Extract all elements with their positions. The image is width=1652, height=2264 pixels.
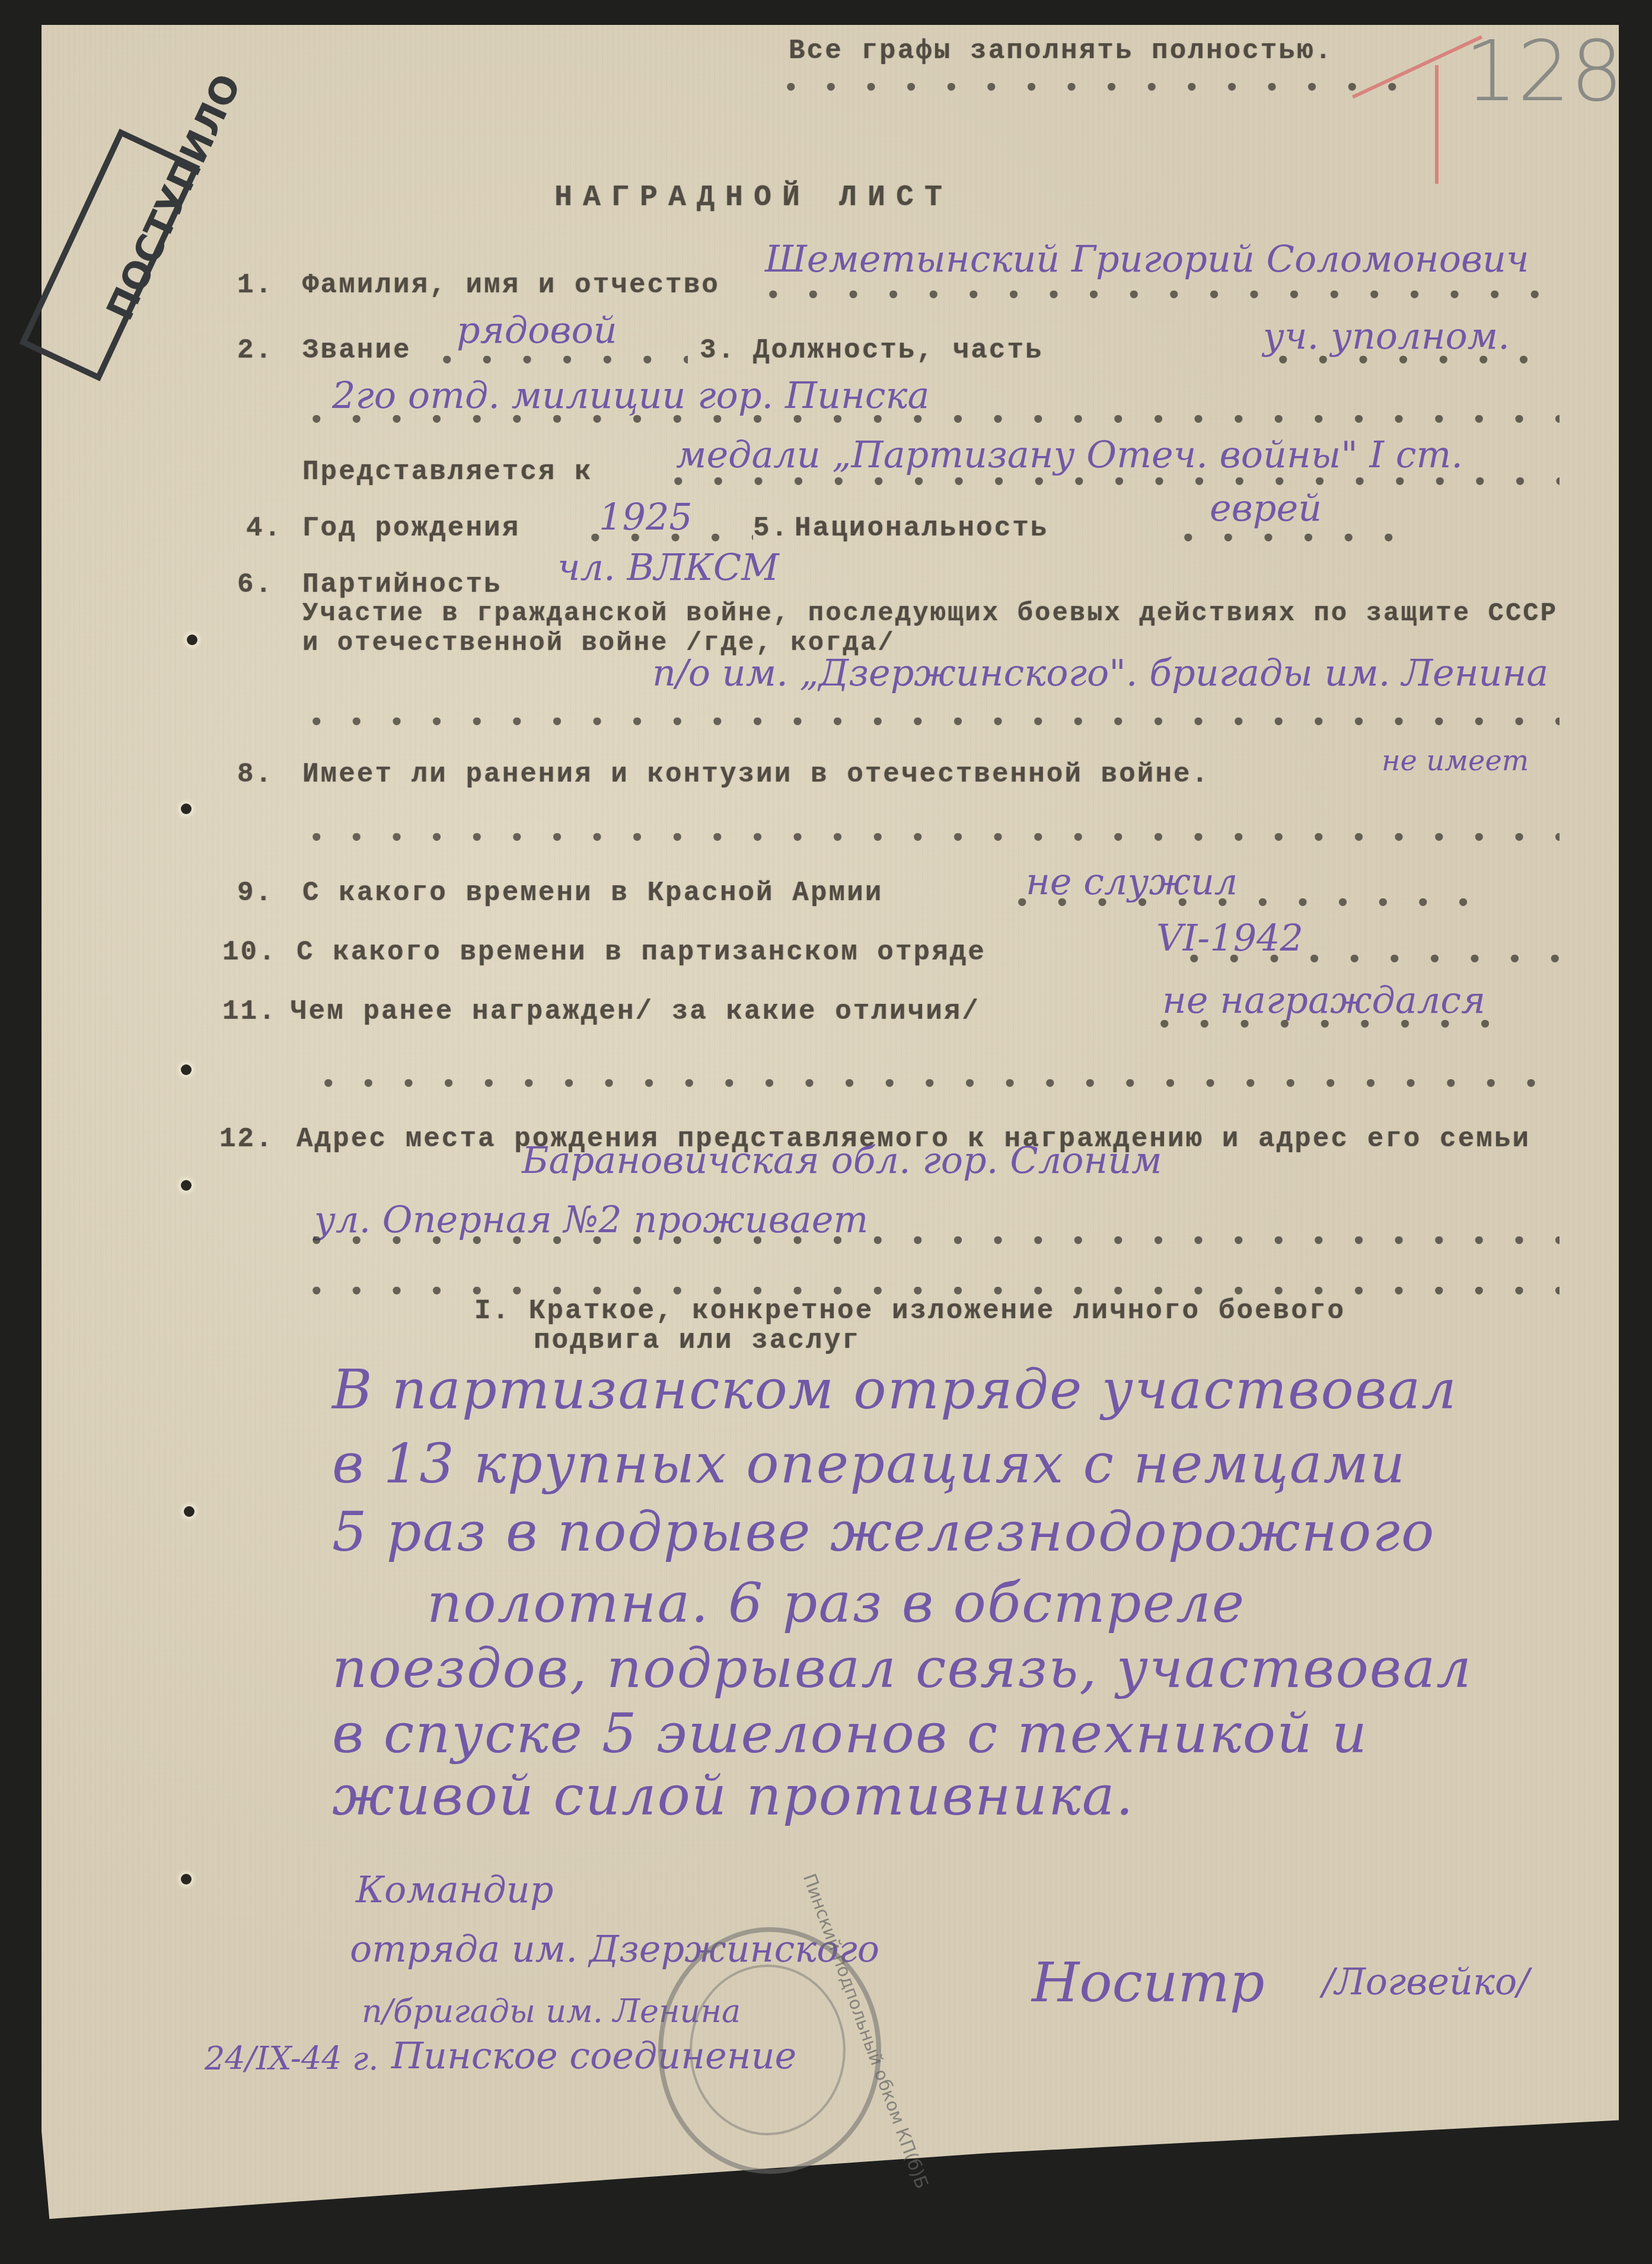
field-9-value: не служил — [1026, 860, 1238, 903]
punch-hole — [181, 1180, 192, 1191]
archive-page-number: 128 — [1465, 24, 1623, 120]
narrative-line-6: в спуске 5 эшелонов с техникой и — [332, 1702, 1368, 1765]
field-8-num: 8. — [237, 759, 273, 790]
field-11-num: 11. — [222, 996, 277, 1027]
punch-hole — [181, 1874, 192, 1884]
field-4-dots: •••••••• — [587, 534, 753, 546]
field-2-label: Звание — [302, 335, 412, 366]
commander-signature: Носитр — [1032, 1951, 1265, 2014]
punch-hole — [187, 634, 197, 645]
field-7-value: п/о им. „Дзержинского". бригады им. Лени… — [652, 640, 1589, 706]
field-11-value: не награждался — [1162, 978, 1485, 1022]
field-5-label: Национальность — [795, 513, 1048, 544]
narrative-line-7: живой силой противника. — [332, 1764, 1134, 1828]
field-6-label: Партийность — [302, 569, 502, 600]
field-8-label: Имеет ли ранения и контузии в отечествен… — [302, 759, 1210, 790]
field-6-num: 6. — [237, 569, 273, 600]
award-label: Представляется к — [302, 457, 593, 487]
field-10-num: 10. — [222, 937, 277, 968]
field-3-dots: •••••••• — [1275, 356, 1559, 368]
field-4-num: 4. — [246, 513, 282, 544]
field-4-value: 1925 — [599, 495, 693, 538]
narrative-line-3: 5 раз в подрыве железнодорожного — [332, 1500, 1435, 1564]
header-note: Все графы заполнять полностью. — [789, 36, 1333, 66]
award-value: медали „Партизану Отеч. войны" I ст. — [676, 433, 1463, 476]
field-2-value: рядовой — [457, 308, 617, 352]
section-heading-line1: I. Краткое, конкретное изложение личного… — [474, 1296, 1345, 1326]
field-6-value: чл. ВЛКСМ — [557, 546, 779, 589]
field-1-num: 1. — [237, 270, 273, 301]
header-dots: •••••••••••••••••• — [783, 83, 1423, 95]
punch-hole — [184, 1506, 194, 1517]
section-heading-line2: подвига или заслуг — [534, 1325, 860, 1356]
field-3-cont-dots: ••••••••••••••••••••••••••••••••• — [308, 415, 1559, 427]
field-11-label: Чем ранее награжден/ за какие отличия/ — [291, 996, 980, 1027]
field-1-value: Шеметынский Григорий Соломонович — [765, 237, 1529, 280]
red-pencil-mark — [1435, 65, 1439, 184]
award-dots: •••••••••••••••••••••••• — [670, 477, 1559, 489]
field-3-label: Должность, часть — [753, 335, 1044, 366]
narrative-line-4: полотна. 6 раз в обстреле — [427, 1571, 1245, 1635]
field-8-value: не имеет — [1382, 744, 1529, 777]
seal-inner-ring — [690, 1965, 846, 2135]
field-12-value-cont: ул. Оперная №2 проживает — [314, 1198, 868, 1241]
narrative-line-2: в 13 крупных операциях с немцами — [332, 1432, 1406, 1495]
field-5-num: 5. — [753, 513, 789, 544]
field-5-dots: •••••••••• — [1180, 534, 1417, 546]
field-2-dots: ••••••••• — [439, 356, 688, 368]
document-title: НАГРАДНОЙ ЛИСТ — [554, 181, 953, 215]
field-1-label: Фамилия, имя и отчество — [302, 270, 720, 301]
field-2-num: 2. — [237, 335, 273, 366]
field-11-cont-dots: •••••••••••••••••••••••••••••••• — [320, 1079, 1565, 1091]
field-3-num: 3. — [700, 335, 736, 366]
field-10-value: VI-1942 — [1156, 916, 1303, 959]
signature-date: 24/IX-44 г. — [205, 2040, 378, 2077]
field-12-num: 12. — [219, 1124, 274, 1155]
field-12-dots: ••••••••••••••••••••••••••••••••• — [308, 1236, 1559, 1248]
field-3-value-cont: 2го отд. милиции гор. Пинска — [332, 374, 930, 417]
punch-hole — [181, 1064, 192, 1075]
signature-line-1: Командир — [356, 1868, 553, 1911]
field-1-dots: •••••••••••••••••••• — [765, 291, 1559, 302]
field-10-dots: •••••••••• — [1186, 955, 1565, 967]
field-3-value: уч. уполном. — [1263, 314, 1510, 358]
narrative-line-5: поездов, подрывал связь, участвовал — [332, 1637, 1472, 1700]
partisan-seal: Пинский подпольный обком КП(б)Б — [658, 1927, 881, 2174]
narrative-line-1: В партизанском отряде участвовал — [332, 1358, 1458, 1421]
field-9-label: С какого времени в Красной Армии — [302, 878, 883, 908]
field-4-label: Год рождения — [302, 513, 520, 544]
field-9-dots: ••••••••••••• — [1014, 898, 1488, 910]
field-9-num: 9. — [237, 878, 273, 908]
field-11-dots: ••••••••• — [1156, 1020, 1548, 1032]
field-5-value: еврей — [1210, 486, 1322, 530]
punch-hole — [181, 803, 192, 814]
field-7-dots: ••••••••••••••••••••••••••••••••• — [308, 718, 1559, 729]
field-12-value: Барановичская обл. гор. Слоним — [522, 1139, 1162, 1182]
field-10-label: С какого времени в партизанском отряде — [296, 937, 986, 968]
commander-name: /Логвейко/ — [1322, 1960, 1529, 2003]
field-8-dots: ••••••••••••••••••••••••••••••••• — [308, 833, 1559, 845]
